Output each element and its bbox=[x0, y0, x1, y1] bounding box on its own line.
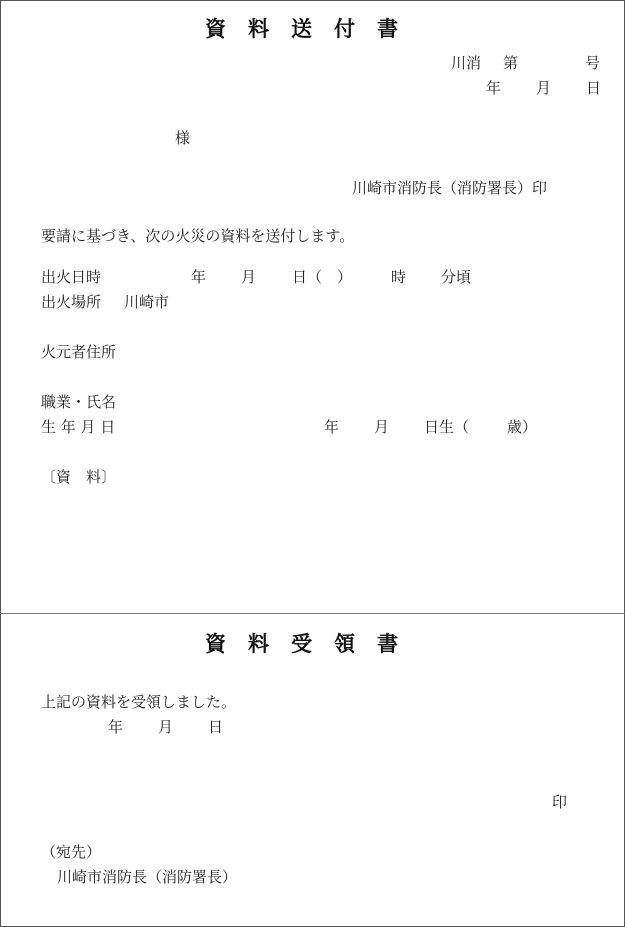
fire-datetime-year: 年 bbox=[191, 268, 206, 286]
materials-label: 〔資 料〕 bbox=[41, 468, 116, 486]
fire-place-label: 出火場所 bbox=[41, 293, 101, 311]
doc-number-suffix: 号 bbox=[585, 54, 600, 72]
sending-form-title: 資料送付書 bbox=[0, 13, 625, 43]
origin-address-label: 火元者住所 bbox=[41, 343, 116, 361]
addressee-suffix: 様 bbox=[175, 129, 190, 147]
age-suffix: 歳） bbox=[507, 418, 537, 436]
doc-number-dai: 第 bbox=[503, 54, 518, 72]
fire-datetime-hour: 時 bbox=[391, 268, 406, 286]
receipt-addressee-label: （宛先） bbox=[41, 843, 101, 861]
fire-datetime-month: 月 bbox=[241, 268, 256, 286]
document-frame bbox=[0, 0, 625, 927]
fire-datetime-minute: 分頃 bbox=[441, 268, 471, 286]
fire-datetime-label: 出火日時 bbox=[41, 268, 101, 286]
birth-day-age: 日生（ bbox=[424, 418, 469, 436]
doc-date-year: 年 bbox=[486, 79, 501, 97]
doc-date-day: 日 bbox=[586, 79, 601, 97]
occupation-name-label: 職業・氏名 bbox=[41, 393, 116, 411]
sender-signature: 川崎市消防長（消防署長）印 bbox=[352, 179, 547, 197]
birth-year: 年 bbox=[324, 418, 339, 436]
receipt-date-year: 年 bbox=[108, 718, 123, 736]
intro-text: 要請に基づき、次の火災の資料を送付します。 bbox=[41, 227, 354, 245]
birthdate-label: 生 年 月 日 bbox=[41, 418, 115, 436]
receipt-addressee: 川崎市消防長（消防署長） bbox=[57, 868, 237, 886]
fire-place-value: 川崎市 bbox=[124, 293, 169, 311]
doc-number-prefix: 川消 bbox=[451, 54, 481, 72]
receipt-form-title: 資料受領書 bbox=[0, 628, 625, 658]
section-divider bbox=[0, 613, 625, 614]
receipt-date-month: 月 bbox=[158, 718, 173, 736]
receipt-date-day: 日 bbox=[208, 718, 223, 736]
receipt-statement: 上記の資料を受領しました。 bbox=[41, 693, 236, 711]
receipt-seal: 印 bbox=[552, 793, 567, 811]
doc-date-month: 月 bbox=[536, 79, 551, 97]
birth-month: 月 bbox=[374, 418, 389, 436]
fire-datetime-day: 日（ ） bbox=[292, 268, 352, 286]
